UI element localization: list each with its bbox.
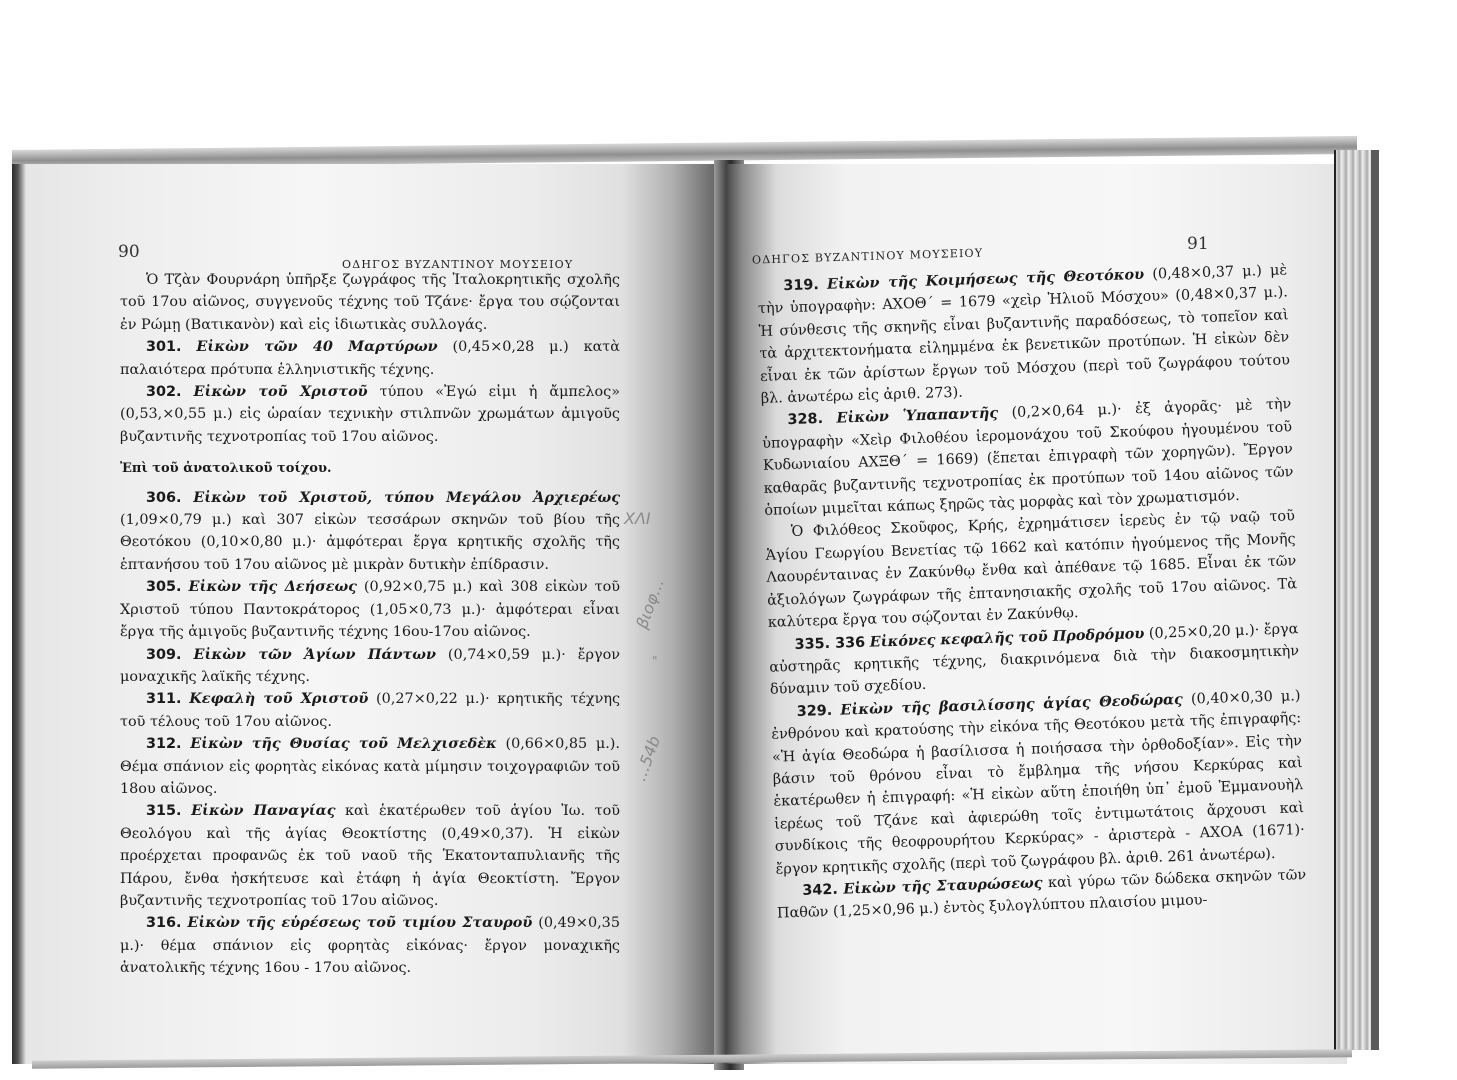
catalog-entry-328: 328. Εἰκὼν Ὑπαπαντῆς (0,2×0,64 μ.)· ἐξ ἀ… — [761, 394, 1294, 523]
catalog-entry-312: 312. Εἰκὼν τῆς Θυσίας τοῦ Μελχισεδὲκ (0,… — [120, 733, 620, 800]
right-page-body: 319. Εἰκὼν τῆς Κοιμήσεως τῆς Θεοτόκου (0… — [757, 259, 1307, 925]
catalog-entry-311: 311. Κεφαλὴ τοῦ Χριστοῦ (0,27×0,22 μ.)· … — [120, 688, 620, 733]
catalog-entry-315: 315. Εἰκὼν Παναγίας καὶ ἑκατέρωθεν τοῦ ἁ… — [120, 800, 620, 912]
catalog-entry-302: 302. Εἰκὼν τοῦ Χριστοῦ τύπου «Ἐγώ εἰμι ἡ… — [120, 381, 620, 448]
catalog-entry-309: 309. Εἰκὼν τῶν Ἁγίων Πάντων (0,74×0,59 μ… — [120, 644, 620, 689]
right-page: 91 ΟΔΗΓΟΣ ΒΥΖΑΝΤΙΝΟΥ ΜΟΥΣΕΙΟΥ 319. Εἰκὼν… — [727, 164, 1347, 1064]
page-number-right: 91 — [1187, 234, 1209, 254]
open-book: 90 ΟΔΗΓΟΣ ΒΥΖΑΝΤΙΝΟΥ ΜΟΥΣΕΙΟΥ Ὁ Τζὰν Φου… — [12, 150, 1357, 1070]
handwritten-margin-note: …54b — [630, 733, 664, 783]
catalog-entry-301: 301. Εἰκὼν τῶν 40 Μαρτύρων (0,45×0,28 μ.… — [120, 336, 620, 381]
section-heading: Ἐπὶ τοῦ ἀνατολικοῦ τοίχου. — [120, 458, 620, 480]
catalog-entry-305: 305. Εἰκὼν τῆς Δεήσεως (0,92×0,75 μ.) κα… — [120, 576, 620, 643]
catalog-entry-329: 329. Εἰκὼν τῆς βασιλίσσης ἁγίας Θεοδώρας… — [770, 685, 1305, 881]
handwritten-margin-note: XΛΙ — [624, 509, 651, 528]
running-head-right: ΟΔΗΓΟΣ ΒΥΖΑΝΤΙΝΟΥ ΜΟΥΣΕΙΟΥ — [752, 246, 984, 266]
paragraph: Ὁ Φιλόθεος Σκοῦφος, Κρής, ἐχρημάτισεν ἱε… — [765, 506, 1298, 635]
left-page: 90 ΟΔΗΓΟΣ ΒΥΖΑΝΤΙΝΟΥ ΜΟΥΣΕΙΟΥ Ὁ Τζὰν Φου… — [12, 164, 727, 1064]
catalog-entry-306: 306. Εἰκὼν τοῦ Χριστοῦ, τύπου Μεγάλου Ἀρ… — [120, 487, 620, 577]
left-page-body: Ὁ Τζὰν Φουρνάρη ὑπῆρξε ζωγράφος τῆς Ἰταλ… — [120, 269, 620, 980]
catalog-entry-319: 319. Εἰκὼν τῆς Κοιμήσεως τῆς Θεοτόκου (0… — [757, 259, 1291, 410]
catalog-entry-316: 316. Εἰκὼν τῆς εὑρέσεως τοῦ τιμίου Σταυρ… — [120, 912, 620, 979]
handwritten-margin-note: βιοφ… — [632, 576, 668, 631]
paragraph: Ὁ Τζὰν Φουρνάρη ὑπῆρξε ζωγράφος τῆς Ἰταλ… — [120, 269, 620, 336]
handwritten-margin-note: " — [652, 654, 658, 668]
book-page-edges — [1334, 150, 1379, 1050]
page-number-left: 90 — [118, 242, 140, 262]
